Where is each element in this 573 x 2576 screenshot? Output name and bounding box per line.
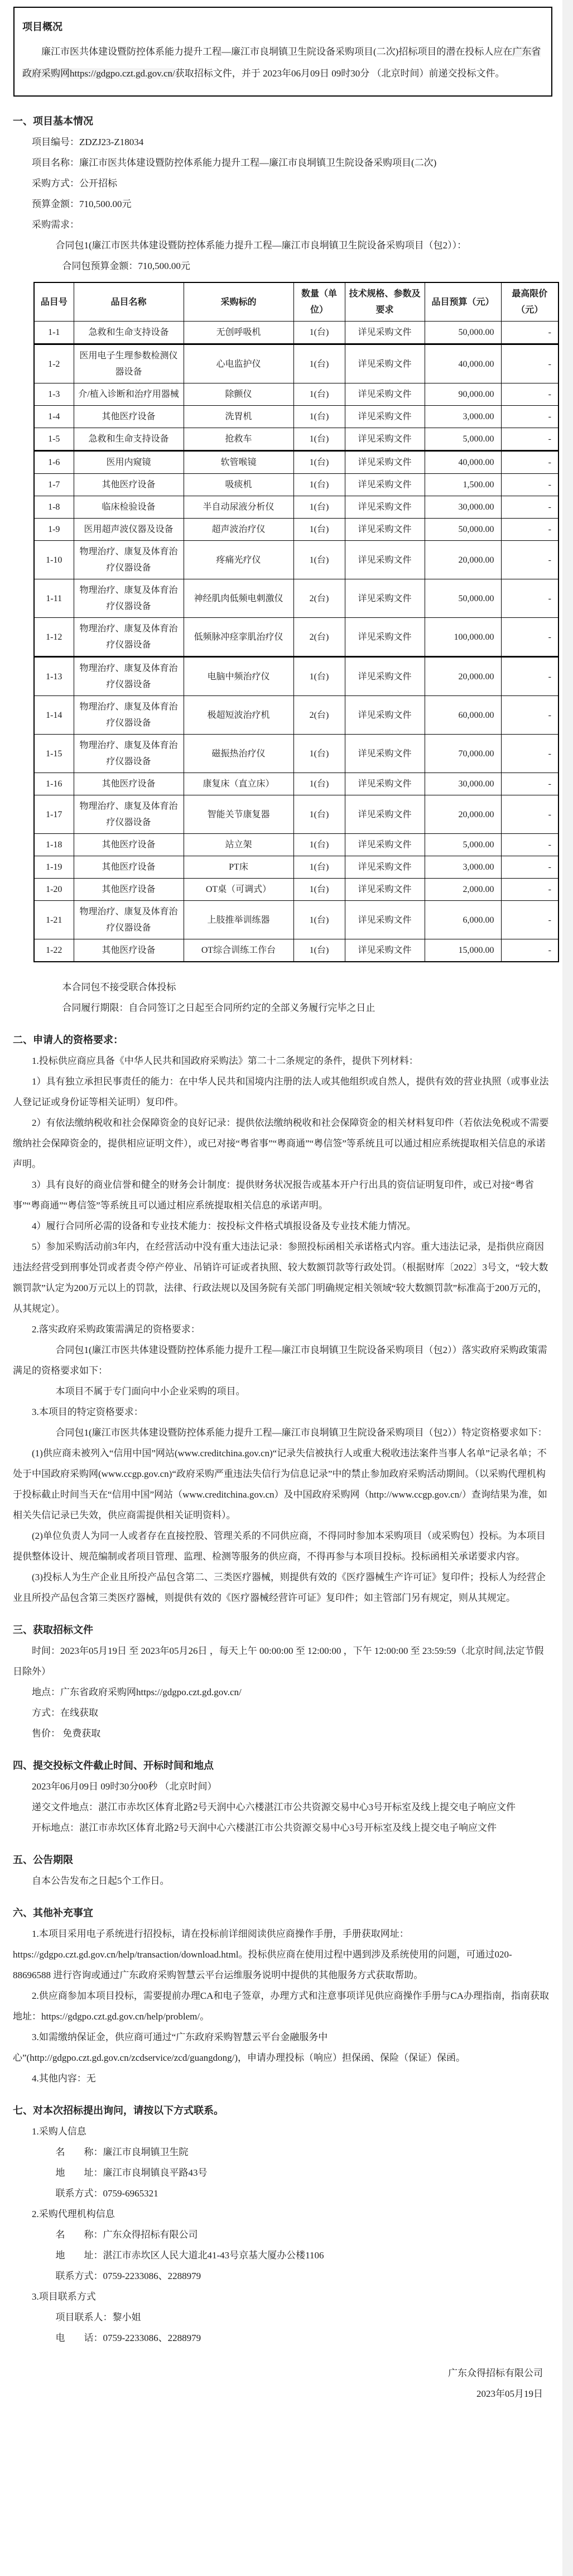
cell-target: 软管喉镜 — [184, 451, 293, 474]
section-2-heading: 二、申请人的资格要求： — [13, 1030, 550, 1050]
cell-budget: 30,000.00 — [425, 773, 501, 795]
cell-quantity: 1(台) — [293, 541, 345, 579]
paragraph: 联系方式：0759-2233086、2288979 — [13, 2266, 550, 2286]
section-4-paragraphs: 2023年06月09日 09时30分00秒 （北京时间）递交文件地点：湛江市赤坎… — [13, 1776, 550, 1838]
cell-spec: 详见采购文件 — [345, 939, 425, 962]
section-6-paragraphs: 1.本项目采用电子系统进行招投标，请在投标前详细阅读供应商操作手册，手册获取网址… — [13, 1923, 550, 2089]
table-row: 1-9 医用超声波仪器及设备 超声波治疗仪 1(台) 详见采购文件 50,000… — [34, 519, 558, 541]
cell-quantity: 1(台) — [293, 344, 345, 383]
cell-quantity: 1(台) — [293, 773, 345, 795]
cell-item-name: 物理治疗、康复及体育治疗仪器设备 — [74, 657, 184, 696]
cell-item-no: 1-17 — [34, 795, 74, 834]
cell-spec: 详见采购文件 — [345, 474, 425, 496]
paragraph: 5）参加采购活动前3年内，在经营活动中没有重大违法记录：参照投标函相关承诺格式内… — [13, 1236, 550, 1319]
project-overview-box: 项目概况 廉江市医共体建设暨防控体系能力提升工程—廉江市良垌镇卫生院设备采购项目… — [13, 7, 552, 97]
section-6-heading: 六、其他补充事宜 — [13, 1903, 550, 1923]
header-budget: 品目预算（元） — [425, 282, 501, 322]
cell-quantity: 1(台) — [293, 406, 345, 428]
cell-target: OT综合训练工作台 — [184, 939, 293, 962]
cell-quantity: 1(台) — [293, 657, 345, 696]
cell-price-limit: - — [501, 856, 558, 879]
paragraph: 1.本项目采用电子系统进行招投标，请在投标前详细阅读供应商操作手册，手册获取网址… — [13, 1923, 550, 1985]
cell-item-no: 1-9 — [34, 519, 74, 541]
paragraph: 4.其他内容：无 — [13, 2068, 550, 2089]
cell-target: 康复床（直立床） — [184, 773, 293, 795]
cell-budget: 70,000.00 — [425, 735, 501, 773]
cell-target: 上肢推举训练器 — [184, 901, 293, 939]
cell-budget: 20,000.00 — [425, 657, 501, 696]
cell-item-no: 1-7 — [34, 474, 74, 496]
paragraph: 2.采购代理机构信息 — [13, 2204, 550, 2224]
cell-price-limit: - — [501, 383, 558, 406]
cell-target: 洗胃机 — [184, 406, 293, 428]
paragraph: 1.采购人信息 — [13, 2121, 550, 2142]
cell-spec: 详见采购文件 — [345, 406, 425, 428]
cell-item-name: 物理治疗、康复及体育治疗仪器设备 — [74, 541, 184, 579]
paragraph: 项目联系人：黎小姐 — [13, 2307, 550, 2328]
paragraph: 合同包1(廉江市医共体建设暨防控体系能力提升工程—廉江市良垌镇卫生院设备采购项目… — [13, 1340, 550, 1381]
cell-quantity: 2(台) — [293, 696, 345, 735]
section-3-paragraphs: 时间：2023年05月19日 至 2023年05月26日 ，每天上午 00:00… — [13, 1640, 550, 1744]
cell-budget: 50,000.00 — [425, 579, 501, 618]
cell-price-limit: - — [501, 939, 558, 962]
cell-budget: 40,000.00 — [425, 344, 501, 383]
cell-budget: 3,000.00 — [425, 856, 501, 879]
cell-price-limit: - — [501, 773, 558, 795]
cell-item-name: 其他医疗设备 — [74, 834, 184, 856]
cell-item-name: 其他医疗设备 — [74, 939, 184, 962]
cell-spec: 详见采购文件 — [345, 856, 425, 879]
cell-item-name: 医用电子生理参数检测仪器设备 — [74, 344, 184, 383]
cell-item-name: 其他医疗设备 — [74, 406, 184, 428]
paragraph: 采购方式：公开招标 — [13, 173, 550, 194]
table-row: 1-6 医用内窥镜 软管喉镜 1(台) 详见采购文件 40,000.00 - — [34, 451, 558, 474]
cell-target: PT床 — [184, 856, 293, 879]
cell-spec: 详见采购文件 — [345, 657, 425, 696]
cell-target: 极超短波治疗机 — [184, 696, 293, 735]
paragraph: 2.供应商参加本项目投标，需要提前办理CA和电子签章，办理方式和注意事项详见供应… — [13, 1985, 550, 2027]
paragraph: 自本公告发布之日起5个工作日。 — [13, 1870, 550, 1891]
paragraph: 本项目不属于专门面向中小企业采购的项目。 — [13, 1381, 550, 1402]
cell-item-no: 1-2 — [34, 344, 74, 383]
cell-item-name: 物理治疗、康复及体育治疗仪器设备 — [74, 579, 184, 618]
cell-target: 智能关节康复器 — [184, 795, 293, 834]
paragraph: 本合同包不接受联合体投标 — [13, 977, 550, 997]
header-item-no: 品目号 — [34, 282, 74, 322]
table-row: 1-13 物理治疗、康复及体育治疗仪器设备 电脑中频治疗仪 1(台) 详见采购文… — [34, 657, 558, 696]
table-row: 1-2 医用电子生理参数检测仪器设备 心电监护仪 1(台) 详见采购文件 40,… — [34, 344, 558, 383]
paragraph: 3.项目联系方式 — [13, 2286, 550, 2307]
table-row: 1-4 其他医疗设备 洗胃机 1(台) 详见采购文件 3,000.00 - — [34, 406, 558, 428]
paragraph: 名 称：廉江市良垌镇卫生院 — [13, 2142, 550, 2162]
cell-target: 磁振热治疗仪 — [184, 735, 293, 773]
cell-spec: 详见采购文件 — [345, 541, 425, 579]
section-1-heading: 一、项目基本情况 — [13, 111, 550, 132]
cell-price-limit: - — [501, 344, 558, 383]
cell-target: 除颤仪 — [184, 383, 293, 406]
cell-budget: 50,000.00 — [425, 322, 501, 344]
cell-item-no: 1-1 — [34, 322, 74, 344]
cell-budget: 1,500.00 — [425, 474, 501, 496]
paragraph: 采购需求： — [13, 214, 550, 235]
items-table: 品目号 品目名称 采购标的 数量（单位） 技术规格、参数及要求 品目预算（元） … — [33, 282, 559, 962]
paragraph: 名 称：广东众得招标有限公司 — [13, 2224, 550, 2245]
paragraph: 4）履行合同所必需的设备和专业技术能力：按投标文件格式填报设备及专业技术能力情况… — [13, 1216, 550, 1236]
section-3-heading: 三、获取招标文件 — [13, 1620, 550, 1640]
paragraph: 合同履行期限：自合同签订之日起至合同所约定的全部义务履行完毕之日止 — [13, 997, 550, 1018]
cell-price-limit: - — [501, 496, 558, 519]
cell-target: 半自动尿液分析仪 — [184, 496, 293, 519]
cell-spec: 详见采购文件 — [345, 519, 425, 541]
signature-line: 广东众得招标有限公司 — [13, 2363, 543, 2383]
cell-budget: 30,000.00 — [425, 496, 501, 519]
cell-spec: 详见采购文件 — [345, 451, 425, 474]
cell-budget: 60,000.00 — [425, 696, 501, 735]
cell-item-name: 物理治疗、康复及体育治疗仪器设备 — [74, 618, 184, 657]
cell-item-name: 物理治疗、康复及体育治疗仪器设备 — [74, 795, 184, 834]
document-page: 项目概况 廉江市医共体建设暨防控体系能力提升工程—廉江市良垌镇卫生院设备采购项目… — [0, 0, 562, 2576]
table-row: 1-3 介/植入诊断和治疗用器械 除颤仪 1(台) 详见采购文件 90,000.… — [34, 383, 558, 406]
cell-item-no: 1-11 — [34, 579, 74, 618]
cell-target: 低频脉冲痉挛肌治疗仪 — [184, 618, 293, 657]
header-price-limit: 最高限价（元） — [501, 282, 558, 322]
signature-line: 2023年05月19日 — [13, 2383, 543, 2404]
paragraph: 地点：广东省政府采购网https://gdgpo.czt.gd.gov.cn/ — [13, 1682, 550, 1702]
paragraph: 地 址：廉江市良垌镇良平路43号 — [13, 2162, 550, 2183]
cell-target: 心电监护仪 — [184, 344, 293, 383]
cell-item-name: 物理治疗、康复及体育治疗仪器设备 — [74, 735, 184, 773]
document-body: 一、项目基本情况 项目编号：ZDZJ23-Z18034项目名称：廉江市医共体建设… — [0, 111, 562, 2404]
cell-item-name: 其他医疗设备 — [74, 474, 184, 496]
cell-item-no: 1-13 — [34, 657, 74, 696]
cell-budget: 50,000.00 — [425, 519, 501, 541]
cell-item-no: 1-20 — [34, 879, 74, 901]
cell-target: 站立架 — [184, 834, 293, 856]
cell-spec: 详见采购文件 — [345, 428, 425, 451]
cell-spec: 详见采购文件 — [345, 834, 425, 856]
cell-price-limit: - — [501, 735, 558, 773]
cell-spec: 详见采购文件 — [345, 901, 425, 939]
cell-item-no: 1-19 — [34, 856, 74, 879]
cell-spec: 详见采购文件 — [345, 773, 425, 795]
table-row: 1-19 其他医疗设备 PT床 1(台) 详见采购文件 3,000.00 - — [34, 856, 558, 879]
paragraph: 3.如需缴纳保证金，供应商可通过“广东政府采购智慧云平台金融服务中心”(http… — [13, 2027, 550, 2068]
cell-quantity: 1(台) — [293, 939, 345, 962]
cell-quantity: 1(台) — [293, 383, 345, 406]
cell-item-no: 1-12 — [34, 618, 74, 657]
cell-quantity: 1(台) — [293, 735, 345, 773]
cell-budget: 5,000.00 — [425, 834, 501, 856]
cell-item-name: 其他医疗设备 — [74, 773, 184, 795]
cell-item-no: 1-6 — [34, 451, 74, 474]
cell-price-limit: - — [501, 428, 558, 451]
cell-quantity: 2(台) — [293, 579, 345, 618]
paragraph: 预算金额：710,500.00元 — [13, 194, 550, 214]
cell-item-name: 急救和生命支持设备 — [74, 428, 184, 451]
cell-item-name: 介/植入诊断和治疗用器械 — [74, 383, 184, 406]
cell-item-no: 1-14 — [34, 696, 74, 735]
cell-quantity: 1(台) — [293, 322, 345, 344]
cell-target: 超声波治疗仪 — [184, 519, 293, 541]
cell-price-limit: - — [501, 406, 558, 428]
cell-budget: 6,000.00 — [425, 901, 501, 939]
cell-quantity: 1(台) — [293, 834, 345, 856]
paragraph: 项目编号：ZDZJ23-Z18034 — [13, 132, 550, 152]
cell-price-limit: - — [501, 795, 558, 834]
cell-target: 电脑中频治疗仪 — [184, 657, 293, 696]
cell-spec: 详见采购文件 — [345, 879, 425, 901]
table-row: 1-22 其他医疗设备 OT综合训练工作台 1(台) 详见采购文件 15,000… — [34, 939, 558, 962]
table-row: 1-17 物理治疗、康复及体育治疗仪器设备 智能关节康复器 1(台) 详见采购文… — [34, 795, 558, 834]
paragraph: 2）有依法缴纳税收和社会保障资金的良好记录：提供依法缴纳税收和社会保障资金的相关… — [13, 1112, 550, 1174]
paragraph: 方式：在线获取 — [13, 1702, 550, 1723]
cell-item-name: 医用超声波仪器及设备 — [74, 519, 184, 541]
cell-price-limit: - — [501, 451, 558, 474]
table-row: 1-15 物理治疗、康复及体育治疗仪器设备 磁振热治疗仪 1(台) 详见采购文件… — [34, 735, 558, 773]
cell-target: 抢救车 — [184, 428, 293, 451]
cell-target: 疼痛光疗仪 — [184, 541, 293, 579]
overview-text-post: 获取招标文件，并于 2023年06月09日 09时30分 （北京时间）前递交投标… — [175, 68, 505, 79]
cell-quantity: 1(台) — [293, 795, 345, 834]
section-4-heading: 四、提交投标文件截止时间、开标时间和地点 — [13, 1755, 550, 1776]
cell-spec: 详见采购文件 — [345, 735, 425, 773]
cell-budget: 90,000.00 — [425, 383, 501, 406]
cell-budget: 3,000.00 — [425, 406, 501, 428]
cell-price-limit: - — [501, 519, 558, 541]
table-row: 1-10 物理治疗、康复及体育治疗仪器设备 疼痛光疗仪 1(台) 详见采购文件 … — [34, 541, 558, 579]
cell-item-no: 1-8 — [34, 496, 74, 519]
cell-budget: 40,000.00 — [425, 451, 501, 474]
cell-item-no: 1-4 — [34, 406, 74, 428]
cell-item-no: 1-16 — [34, 773, 74, 795]
table-header-row: 品目号 品目名称 采购标的 数量（单位） 技术规格、参数及要求 品目预算（元） … — [34, 282, 558, 322]
paragraph: (2)单位负责人为同一人或者存在直接控股、管理关系的不同供应商，不得同时参加本采… — [13, 1526, 550, 1567]
cell-price-limit: - — [501, 474, 558, 496]
paragraph: 电 话：0759-2233086、2288979 — [13, 2328, 550, 2348]
cell-item-name: 急救和生命支持设备 — [74, 322, 184, 344]
cell-item-name: 其他医疗设备 — [74, 856, 184, 879]
paragraph: 递交文件地点：湛江市赤坎区体育北路2号天润中心六楼湛江市公共资源交易中心3号开标… — [13, 1797, 550, 1817]
cell-quantity: 1(台) — [293, 879, 345, 901]
paragraph: (1)供应商未被列入“信用中国”网站(www.creditchina.gov.c… — [13, 1443, 550, 1526]
cell-item-no: 1-18 — [34, 834, 74, 856]
cell-quantity: 1(台) — [293, 428, 345, 451]
header-spec: 技术规格、参数及要求 — [345, 282, 425, 322]
paragraph: 2023年06月09日 09时30分00秒 （北京时间） — [13, 1776, 550, 1797]
paragraph: 2.落实政府采购政策需满足的资格要求： — [13, 1319, 550, 1340]
section-5-paragraphs: 自本公告发布之日起5个工作日。 — [13, 1870, 550, 1891]
paragraph: 合同包预算金额：710,500.00元 — [13, 256, 550, 276]
cell-item-name: 其他医疗设备 — [74, 879, 184, 901]
cell-budget: 20,000.00 — [425, 795, 501, 834]
table-row: 1-8 临床检验设备 半自动尿液分析仪 1(台) 详见采购文件 30,000.0… — [34, 496, 558, 519]
cell-price-limit: - — [501, 834, 558, 856]
overview-text-pre: 廉江市医共体建设暨防控体系能力提升工程—廉江市良垌镇卫生院设备采购项目(二次)招… — [41, 46, 512, 57]
cell-budget: 5,000.00 — [425, 428, 501, 451]
cell-item-name: 临床检验设备 — [74, 496, 184, 519]
header-item-name: 品目名称 — [74, 282, 184, 322]
cell-budget: 2,000.00 — [425, 879, 501, 901]
cell-quantity: 1(台) — [293, 474, 345, 496]
header-quantity: 数量（单位） — [293, 282, 345, 322]
paragraph: 开标地点：湛江市赤坎区体育北路2号天润中心六楼湛江市公共资源交易中心3号开标室及… — [13, 1817, 550, 1838]
cell-spec: 详见采购文件 — [345, 579, 425, 618]
cell-spec: 详见采购文件 — [345, 696, 425, 735]
cell-item-no: 1-10 — [34, 541, 74, 579]
table-row: 1-12 物理治疗、康复及体育治疗仪器设备 低频脉冲痉挛肌治疗仪 2(台) 详见… — [34, 618, 558, 657]
table-row: 1-5 急救和生命支持设备 抢救车 1(台) 详见采购文件 5,000.00 - — [34, 428, 558, 451]
cell-target: OT桌（可调式） — [184, 879, 293, 901]
paragraph: 1.投标供应商应具备《中华人民共和国政府采购法》第二十二条规定的条件，提供下列材… — [13, 1050, 550, 1071]
table-row: 1-14 物理治疗、康复及体育治疗仪器设备 极超短波治疗机 2(台) 详见采购文… — [34, 696, 558, 735]
overview-text: 廉江市医共体建设暨防控体系能力提升工程—廉江市良垌镇卫生院设备采购项目(二次)招… — [22, 41, 542, 84]
cell-quantity: 2(台) — [293, 618, 345, 657]
table-row: 1-18 其他医疗设备 站立架 1(台) 详见采购文件 5,000.00 - — [34, 834, 558, 856]
cell-quantity: 1(台) — [293, 519, 345, 541]
section-2-paragraphs: 1.投标供应商应具备《中华人民共和国政府采购法》第二十二条规定的条件，提供下列材… — [13, 1050, 550, 1608]
cell-price-limit: - — [501, 696, 558, 735]
table-row: 1-11 物理治疗、康复及体育治疗仪器设备 神经肌肉低频电刺激仪 2(台) 详见… — [34, 579, 558, 618]
contract-notes: 本合同包不接受联合体投标合同履行期限：自合同签订之日起至合同所约定的全部义务履行… — [13, 977, 550, 1018]
table-row: 1-21 物理治疗、康复及体育治疗仪器设备 上肢推举训练器 1(台) 详见采购文… — [34, 901, 558, 939]
cell-item-no: 1-21 — [34, 901, 74, 939]
cell-item-no: 1-3 — [34, 383, 74, 406]
cell-price-limit: - — [501, 541, 558, 579]
section-1-paragraphs: 项目编号：ZDZJ23-Z18034项目名称：廉江市医共体建设暨防控体系能力提升… — [13, 132, 550, 276]
table-row: 1-7 其他医疗设备 吸痰机 1(台) 详见采购文件 1,500.00 - — [34, 474, 558, 496]
paragraph: 联系方式：0759-6965321 — [13, 2183, 550, 2204]
cell-spec: 详见采购文件 — [345, 344, 425, 383]
cell-price-limit: - — [501, 879, 558, 901]
cell-item-no: 1-15 — [34, 735, 74, 773]
cell-budget: 15,000.00 — [425, 939, 501, 962]
cell-quantity: 1(台) — [293, 496, 345, 519]
cell-price-limit: - — [501, 579, 558, 618]
section-5-heading: 五、公告期限 — [13, 1850, 550, 1870]
cell-target: 吸痰机 — [184, 474, 293, 496]
paragraph: (3)投标人为生产企业且所投产品包含第二、三类医疗器械，则提供有效的《医疗器械生… — [13, 1567, 550, 1608]
signature-block: 广东众得招标有限公司2023年05月19日 — [13, 2363, 550, 2404]
cell-spec: 详见采购文件 — [345, 618, 425, 657]
cell-spec: 详见采购文件 — [345, 496, 425, 519]
cell-item-name: 物理治疗、康复及体育治疗仪器设备 — [74, 901, 184, 939]
cell-price-limit: - — [501, 618, 558, 657]
header-target: 采购标的 — [184, 282, 293, 322]
cell-budget: 100,000.00 — [425, 618, 501, 657]
cell-item-no: 1-22 — [34, 939, 74, 962]
cell-price-limit: - — [501, 322, 558, 344]
cell-target: 无创呼吸机 — [184, 322, 293, 344]
cell-quantity: 1(台) — [293, 856, 345, 879]
cell-item-name: 物理治疗、康复及体育治疗仪器设备 — [74, 696, 184, 735]
paragraph: 售价： 免费获取 — [13, 1723, 550, 1744]
overview-title: 项目概况 — [22, 17, 542, 37]
cell-item-name: 医用内窥镜 — [74, 451, 184, 474]
table-row: 1-20 其他医疗设备 OT桌（可调式） 1(台) 详见采购文件 2,000.0… — [34, 879, 558, 901]
cell-spec: 详见采购文件 — [345, 322, 425, 344]
section-7-paragraphs: 1.采购人信息名 称：廉江市良垌镇卫生院地 址：廉江市良垌镇良平路43号联系方式… — [13, 2121, 550, 2348]
cell-budget: 20,000.00 — [425, 541, 501, 579]
cell-item-no: 1-5 — [34, 428, 74, 451]
cell-quantity: 1(台) — [293, 901, 345, 939]
paragraph: 3）具有良好的商业信誉和健全的财务会计制度：提供财务状况报告或基本开户行出具的资… — [13, 1174, 550, 1216]
section-7-heading: 七、对本次招标提出询问，请按以下方式联系。 — [13, 2100, 550, 2121]
cell-target: 神经肌肉低频电刺激仪 — [184, 579, 293, 618]
paragraph: 时间：2023年05月19日 至 2023年05月26日 ，每天上午 00:00… — [13, 1640, 550, 1682]
paragraph: 项目名称：廉江市医共体建设暨防控体系能力提升工程—廉江市良垌镇卫生院设备采购项目… — [13, 152, 550, 173]
paragraph: 1）具有独立承担民事责任的能力：在中华人民共和国境内注册的法人或其他组织或自然人… — [13, 1071, 550, 1112]
table-row: 1-1 急救和生命支持设备 无创呼吸机 1(台) 详见采购文件 50,000.0… — [34, 322, 558, 344]
paragraph: 3.本项目的特定资格要求： — [13, 1402, 550, 1422]
cell-spec: 详见采购文件 — [345, 383, 425, 406]
paragraph: 地 址：湛江市赤坎区人民大道北41-43号京基大厦办公楼1106 — [13, 2245, 550, 2266]
cell-price-limit: - — [501, 901, 558, 939]
paragraph: 合同包1(廉江市医共体建设暨防控体系能力提升工程—廉江市良垌镇卫生院设备采购项目… — [13, 1422, 550, 1443]
table-row: 1-16 其他医疗设备 康复床（直立床） 1(台) 详见采购文件 30,000.… — [34, 773, 558, 795]
cell-quantity: 1(台) — [293, 451, 345, 474]
cell-price-limit: - — [501, 657, 558, 696]
cell-spec: 详见采购文件 — [345, 795, 425, 834]
paragraph: 合同包1(廉江市医共体建设暨防控体系能力提升工程—廉江市良垌镇卫生院设备采购项目… — [13, 235, 550, 256]
